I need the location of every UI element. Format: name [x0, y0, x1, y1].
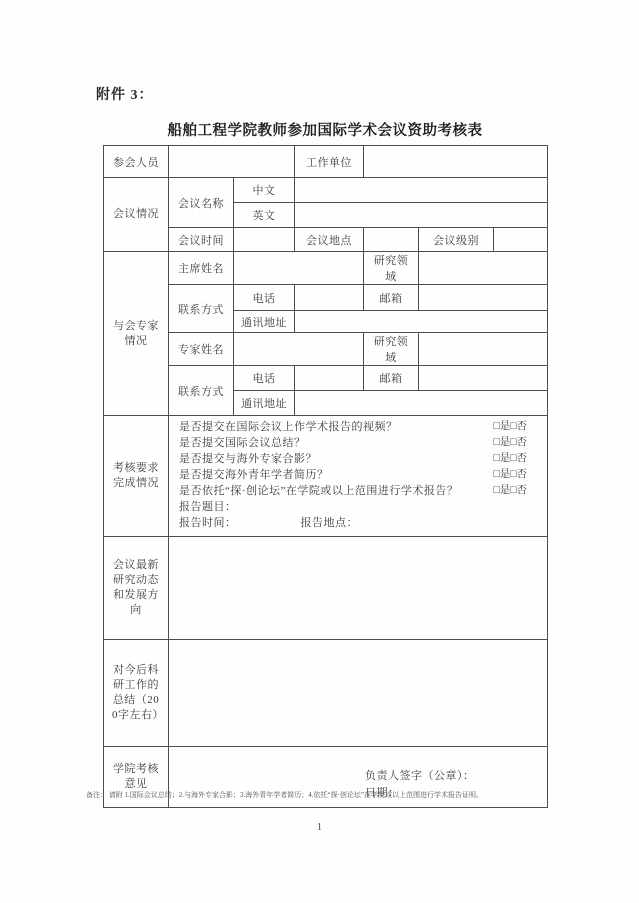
expert-name-value-cell[interactable]: [234, 333, 364, 366]
assessment-content-cell: 是否提交在国际会议上作学术报告的视频？ □是□否 是否提交国际会议总结？ □是□…: [169, 416, 548, 537]
assessment-section-label-cell: 考核要求完成情况: [104, 416, 169, 537]
expert-address-value-cell[interactable]: [295, 391, 548, 416]
chair-name-label-cell: 主席姓名: [169, 252, 234, 285]
conference-level-value-cell[interactable]: [494, 228, 548, 252]
conference-name-en-label-cell: 英文: [234, 203, 295, 228]
question-yes-no-checkboxes[interactable]: □是□否: [493, 435, 527, 451]
chair-address-value-cell[interactable]: [295, 311, 548, 333]
chair-field-label-cell: 研究领域: [364, 252, 419, 285]
question-text: 是否依托“探·创论坛”在学院或以上范围进行学术报告？: [179, 483, 458, 499]
conference-time-label-cell: 会议时间: [169, 228, 234, 252]
expert-contact-label-cell: 联系方式: [169, 366, 234, 416]
experts-section-label-cell: 与会专家情况: [104, 252, 169, 416]
conference-name-cn-row: 会议情况 会议名称 中文: [104, 178, 548, 203]
question-text: 是否提交国际会议总结？: [179, 435, 306, 451]
chair-field-value-cell[interactable]: [419, 252, 548, 285]
conference-name-cn-label-cell: 中文: [234, 178, 295, 203]
expert-field-label-cell: 研究领域: [364, 333, 419, 366]
signature-label: 负责人签字（公章）：: [365, 768, 547, 785]
footnote: 备注： 请附 1.国际会议总结；2.与海外专家合影；3.海外青年学者简历；4.依…: [86, 790, 561, 800]
assessment-question-row: 是否提交国际会议总结？ □是□否: [179, 435, 527, 451]
conference-name-label-cell: 会议名称: [169, 178, 234, 228]
form-title: 船舶工程学院教师参加国际学术会议资助考核表: [103, 119, 547, 140]
summary-row: 对今后科研工作的总结（200字左右）: [104, 640, 548, 747]
expert-field-value-cell[interactable]: [419, 333, 548, 366]
conference-time-value-cell[interactable]: [234, 228, 295, 252]
expert-phone-value-cell[interactable]: [295, 366, 364, 391]
chair-contact-label-cell: 联系方式: [169, 285, 234, 333]
page-number: 1: [0, 822, 639, 833]
assessment-form-table: 参会人员 工作单位 会议情况 会议名称 中文 英文 会议时间 会议地点 会: [103, 145, 548, 808]
conference-name-en-value-cell[interactable]: [295, 203, 548, 228]
question-text: 是否提交在国际会议上作学术报告的视频？: [179, 419, 398, 435]
participants-value-cell[interactable]: [169, 146, 295, 178]
expert-phone-email-row: 联系方式 电话 邮箱: [104, 366, 548, 391]
expert-name-row: 专家姓名 研究领域: [104, 333, 548, 366]
chair-email-value-cell[interactable]: [419, 285, 548, 311]
chair-phone-label-cell: 电话: [234, 285, 295, 311]
participant-row: 参会人员 工作单位: [104, 146, 548, 178]
question-yes-no-checkboxes[interactable]: □是□否: [493, 419, 527, 435]
assessment-question-row: 是否提交海外青年学者简历？ □是□否: [179, 467, 527, 483]
question-text: 是否提交海外青年学者简历？: [179, 467, 329, 483]
assessment-question-row: 是否依托“探·创论坛”在学院或以上范围进行学术报告？ □是□否: [179, 483, 527, 499]
expert-name-label-cell: 专家姓名: [169, 333, 234, 366]
conference-section-label-cell: 会议情况: [104, 178, 169, 252]
summary-section-label-cell: 对今后科研工作的总结（200字左右）: [104, 640, 169, 747]
chair-address-label-cell: 通讯地址: [234, 311, 295, 333]
report-place-label: 报告地点：: [301, 517, 359, 529]
question-yes-no-checkboxes[interactable]: □是□否: [493, 483, 527, 499]
assessment-row: 考核要求完成情况 是否提交在国际会议上作学术报告的视频？ □是□否 是否提交国际…: [104, 416, 548, 537]
document-page: 附件 3： 船舶工程学院教师参加国际学术会议资助考核表 参会人员 工作单位 会议…: [0, 0, 639, 903]
participants-label-cell: 参会人员: [104, 146, 169, 178]
work-unit-label-cell: 工作单位: [295, 146, 364, 178]
chair-phone-value-cell[interactable]: [295, 285, 364, 311]
conference-time-place-level-row: 会议时间 会议地点 会议级别: [104, 228, 548, 252]
question-yes-no-checkboxes[interactable]: □是□否: [493, 467, 527, 483]
chair-name-value-cell[interactable]: [234, 252, 364, 285]
conference-place-value-cell[interactable]: [364, 228, 419, 252]
conference-name-cn-value-cell[interactable]: [295, 178, 548, 203]
conference-place-label-cell: 会议地点: [295, 228, 364, 252]
report-title-line: 报告题目：: [179, 499, 527, 515]
attachment-label: 附件 3：: [96, 84, 154, 104]
question-yes-no-checkboxes[interactable]: □是□否: [493, 451, 527, 467]
trends-row: 会议最新研究动态和发展方向: [104, 537, 548, 640]
chair-name-row: 与会专家情况 主席姓名 研究领域: [104, 252, 548, 285]
trends-section-label-cell: 会议最新研究动态和发展方向: [104, 537, 169, 640]
expert-email-value-cell[interactable]: [419, 366, 548, 391]
assessment-question-row: 是否提交在国际会议上作学术报告的视频？ □是□否: [179, 419, 527, 435]
work-unit-value-cell[interactable]: [364, 146, 548, 178]
expert-email-label-cell: 邮箱: [364, 366, 419, 391]
assessment-question-row: 是否提交与海外专家合影？ □是□否: [179, 451, 527, 467]
report-time-place-line: 报告时间：报告地点：: [179, 515, 527, 531]
report-title-label: 报告题目：: [179, 501, 237, 513]
signature-date-block: 负责人签字（公章）： 日期：: [169, 768, 547, 807]
expert-address-label-cell: 通讯地址: [234, 391, 295, 416]
conference-level-label-cell: 会议级别: [419, 228, 494, 252]
expert-phone-label-cell: 电话: [234, 366, 295, 391]
question-text: 是否提交与海外专家合影？: [179, 451, 317, 467]
chair-email-label-cell: 邮箱: [364, 285, 419, 311]
chair-phone-email-row: 联系方式 电话 邮箱: [104, 285, 548, 311]
trends-value-cell[interactable]: [169, 537, 548, 640]
summary-value-cell[interactable]: [169, 640, 548, 747]
report-time-label: 报告时间：: [179, 517, 237, 529]
